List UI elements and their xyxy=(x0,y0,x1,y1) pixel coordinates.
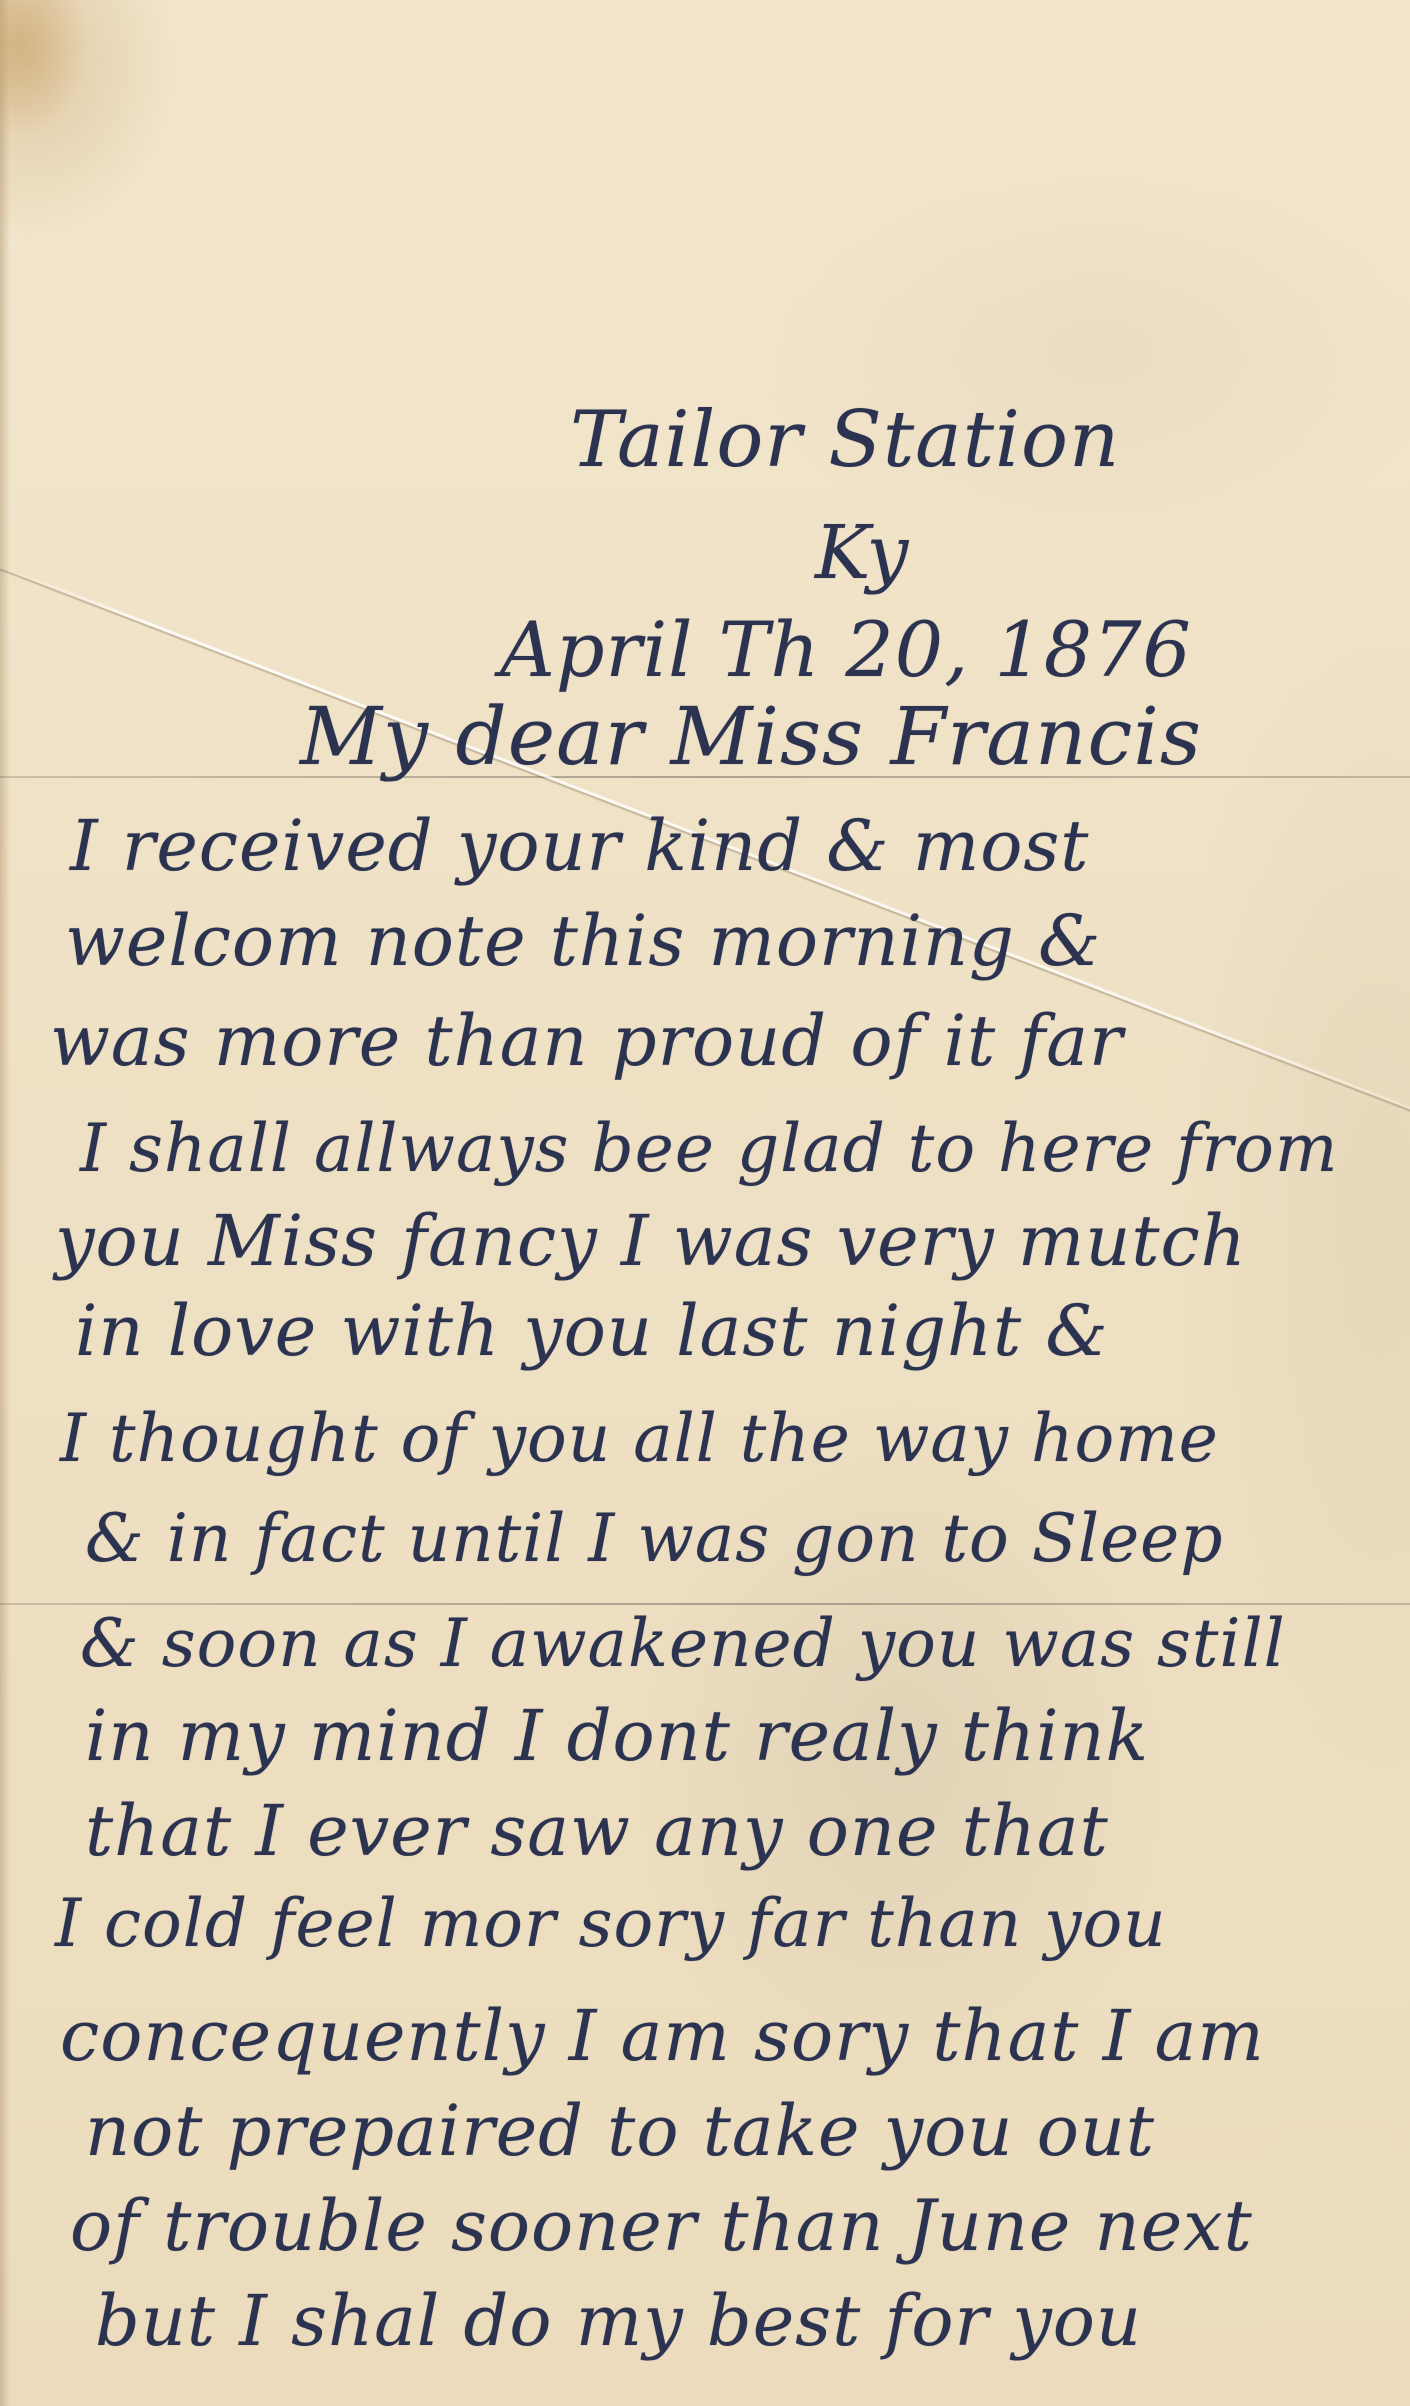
body-line: not prepaired to take you out xyxy=(85,2090,1155,2172)
body-line: in love with you last night & xyxy=(75,1290,1109,1372)
body-line: of trouble sooner than June next xyxy=(70,2185,1253,2267)
body-line: was more than proud of it far xyxy=(50,1000,1124,1082)
body-line: concequently I am sory that I am xyxy=(60,1995,1265,2077)
body-line: you Miss fancy I was very mutch xyxy=(55,1200,1247,1282)
heading-date: April Th 20, 1876 xyxy=(500,605,1192,694)
body-line: I shall allways bee glad to here from xyxy=(80,1110,1338,1187)
body-line: I thought of you all the way home xyxy=(60,1400,1219,1477)
body-line: & soon as I awakened you was still xyxy=(80,1605,1286,1682)
salutation: My dear Miss Francis xyxy=(300,690,1202,783)
body-line: I received your kind & most xyxy=(70,805,1089,887)
paper-worn-edge xyxy=(0,0,10,2406)
paper-torn-corner xyxy=(0,0,90,140)
body-line: & in fact until I was gon to Sleep xyxy=(85,1500,1223,1577)
body-line: but I shal do my best for you xyxy=(95,2280,1142,2362)
body-line: welcom note this morning & xyxy=(65,900,1101,982)
body-line: I cold feel mor sory far than you xyxy=(55,1885,1167,1962)
heading-place: Tailor Station xyxy=(570,395,1120,485)
body-line: in my mind I dont realy think xyxy=(85,1695,1149,1777)
heading-state: Ky xyxy=(815,510,909,596)
letter-page: Tailor Station Ky April Th 20, 1876 My d… xyxy=(0,0,1410,2406)
body-line: that I ever saw any one that xyxy=(85,1790,1109,1872)
